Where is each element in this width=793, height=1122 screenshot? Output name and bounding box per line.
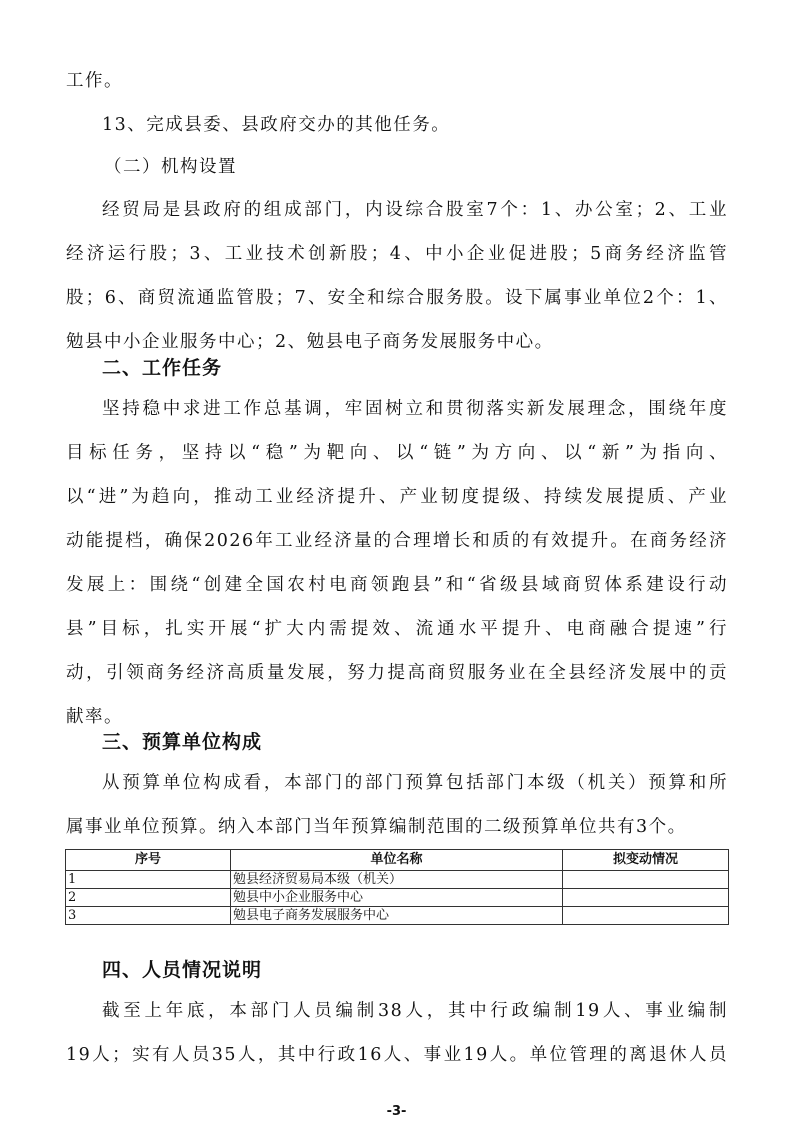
section-heading-tasks: 二、工作任务 — [102, 356, 222, 380]
cell-unit-name: 勉县电子商务发展服务中心 — [231, 907, 563, 925]
table-row: 3 勉县电子商务发展服务中心 — [66, 907, 729, 925]
section-heading-staff: 四、人员情况说明 — [102, 958, 262, 982]
paragraph-line: 县”目标，扎实开展“扩大内需提效、流通水平提升、电商融合提速”行 — [66, 618, 728, 640]
column-header-unit-name: 单位名称 — [231, 850, 563, 871]
paragraph-line: 动，引领商务经济高质量发展，努力提高商贸服务业在全县经济发展中的贡 — [66, 662, 728, 684]
paragraph-line: 动能提档，确保2026年工业经济量的合理增长和质的有效提升。在商务经济 — [66, 530, 728, 552]
cell-unit-name: 勉县经济贸易局本级（机关） — [231, 871, 563, 889]
subsection-heading-org: （二）机构设置 — [104, 156, 237, 178]
cell-unit-name: 勉县中小企业服务中心 — [231, 889, 563, 907]
column-header-planned-change: 拟变动情况 — [563, 850, 729, 871]
budget-units-table: 序号 单位名称 拟变动情况 1 勉县经济贸易局本级（机关） 2 勉县中小企业服务… — [65, 849, 729, 925]
cell-planned-change — [563, 907, 729, 925]
paragraph-line: 献率。 — [66, 706, 728, 728]
paragraph-line: 目标任务，坚持以“稳”为靶向、以“链”为方向、以“新”为指向、 — [66, 442, 728, 464]
paragraph-line: 属事业单位预算。纳入本部门当年预算编制范围的二级预算单位共有3个。 — [66, 816, 728, 838]
paragraph-line: 股；6、商贸流通监管股；7、安全和综合服务股。设下属事业单位2个：1、 — [66, 287, 728, 309]
page-number: -3- — [0, 1104, 793, 1119]
cell-index: 1 — [66, 871, 231, 889]
table-row: 2 勉县中小企业服务中心 — [66, 889, 729, 907]
paragraph-line: 19人；实有人员35人，其中行政16人、事业19人。单位管理的离退休人员 — [66, 1044, 728, 1066]
paragraph-line: 截至上年底，本部门人员编制38人，其中行政编制19人、事业编制 — [102, 1000, 728, 1022]
cell-index: 3 — [66, 907, 231, 925]
cell-planned-change — [563, 889, 729, 907]
column-header-index: 序号 — [66, 850, 231, 871]
paragraph-line: 从预算单位构成看，本部门的部门预算包括部门本级（机关）预算和所 — [102, 772, 728, 794]
paragraph-line: 以“进”为趋向，推动工业经济提升、产业韧度提级、持续发展提质、产业 — [66, 486, 728, 508]
section-heading-budget-units: 三、预算单位构成 — [102, 730, 262, 754]
paragraph-line: 13、完成县委、县政府交办的其他任务。 — [102, 114, 728, 136]
cell-index: 2 — [66, 889, 231, 907]
paragraph-line: 发展上：围绕“创建全国农村电商领跑县”和“省级县域商贸体系建设行动 — [66, 574, 728, 596]
paragraph-line: 勉县中小企业服务中心；2、勉县电子商务发展服务中心。 — [66, 331, 728, 353]
paragraph-line: 经济运行股；3、工业技术创新股；4、中小企业促进股；5商务经济监管 — [66, 243, 728, 265]
paragraph-line: 坚持稳中求进工作总基调，牢固树立和贯彻落实新发展理念，围绕年度 — [102, 398, 728, 420]
table-header-row: 序号 单位名称 拟变动情况 — [66, 850, 729, 871]
document-page: 工作。 13、完成县委、县政府交办的其他任务。 （二）机构设置 经贸局是县政府的… — [0, 0, 793, 1122]
table-row: 1 勉县经济贸易局本级（机关） — [66, 871, 729, 889]
paragraph-line: 工作。 — [66, 70, 728, 92]
cell-planned-change — [563, 871, 729, 889]
paragraph-line: 经贸局是县政府的组成部门，内设综合股室7个：1、办公室；2、工业 — [102, 199, 728, 221]
